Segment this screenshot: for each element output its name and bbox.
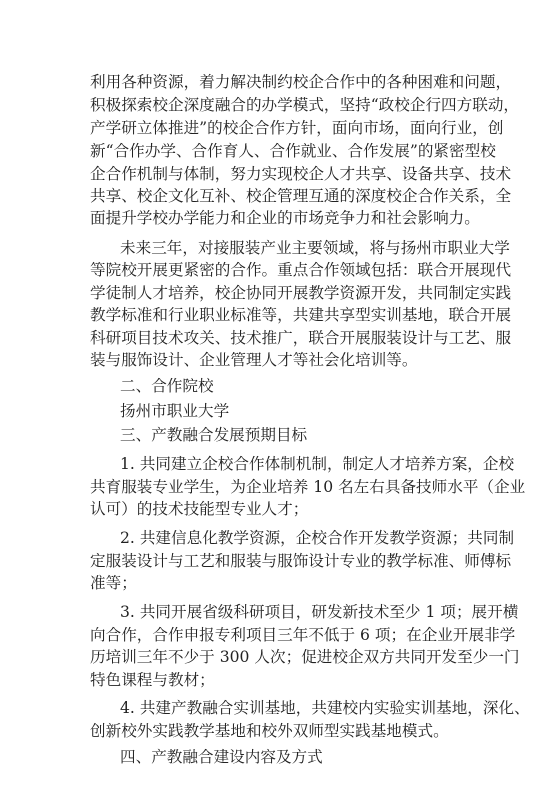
list-item-line: 2. 共建信息化教学资源，企校合作开发教学资源；共同制 xyxy=(120,527,492,549)
list-item-line: 认可）的技术技能型专业人才； xyxy=(90,498,492,520)
text-line: 企合作机制与体制，努力实现校企人才共享、设备共享、技术 xyxy=(90,163,492,185)
list-item-line: 特色课程与教材； xyxy=(90,669,492,691)
text-line: 教学标准和行业职业标准等，共建共享型实训基地，联合开展 xyxy=(90,304,492,326)
text-line: 装与服饰设计、企业管理人才等社会化培训等。 xyxy=(90,349,492,371)
list-item-line: 1. 共同建立企校合作体制机制，制定人才培养方案，企校 xyxy=(120,453,492,475)
list-item-line: 历培训三年不少于 300 人次；促进校企双方共同开发至少一门 xyxy=(90,646,492,668)
list-item-line: 向合作，合作申报专利项目三年不低于 6 项；在企业开展非学 xyxy=(90,624,492,646)
text-line: 等院校开展更紧密的合作。重点合作领域包括：联合开展现代 xyxy=(90,259,492,281)
list-item-line: 4. 共建产教融合实训基地，共建校内实验实训基地，深化、 xyxy=(120,697,492,719)
document-page: 利用各种资源，着力解决制约校企合作中的各种困难和问题， 积极探索校企深度融合的办… xyxy=(0,0,560,790)
text-line: 新“合作办学、合作育人、合作就业、合作发展”的紧密型校 xyxy=(90,140,492,162)
text-line: 产学研立体推进”的校企合作方针，面向市场，面向行业，创 xyxy=(90,117,492,139)
list-item-line: 3. 共同开展省级科研项目，研发新技术至少 1 项；展开横 xyxy=(120,601,492,623)
text-line: 面提升学校办学能力和企业的市场竞争力和社会影响力。 xyxy=(90,207,492,229)
text-line: 学徒制人才培养，校企协同开展教学资源开发，共同制定实践 xyxy=(90,282,492,304)
section-heading: 三、产教融合发展预期目标 xyxy=(120,424,492,446)
list-item-line: 创新校外实践教学基地和校外双师型实践基地模式。 xyxy=(90,720,492,742)
text-line: 未来三年，对接服装产业主要领域，将与扬州市职业大学 xyxy=(120,237,492,259)
section-body: 扬州市职业大学 xyxy=(120,400,492,422)
list-item-line: 定服装设计与工艺和服装与服饰设计专业的教学标准、师傅标 xyxy=(90,550,492,572)
list-item-line: 准等； xyxy=(90,572,492,594)
list-item-line: 共育服装专业学生，为企业培养 10 名左右具备技师水平（企业 xyxy=(90,476,492,498)
section-heading: 四、产教融合建设内容及方式 xyxy=(120,746,492,768)
text-line: 共享、校企文化互补、校企管理互通的深度校企合作关系，全 xyxy=(90,185,492,207)
text-line: 利用各种资源，着力解决制约校企合作中的各种困难和问题， xyxy=(90,71,492,93)
text-line: 科研项目技术攻关、技术推广，联合开展服装设计与工艺、服 xyxy=(90,327,492,349)
text-line: 积极探索校企深度融合的办学模式，坚持“政校企行四方联动， xyxy=(90,94,492,116)
section-heading: 二、合作院校 xyxy=(120,375,492,397)
